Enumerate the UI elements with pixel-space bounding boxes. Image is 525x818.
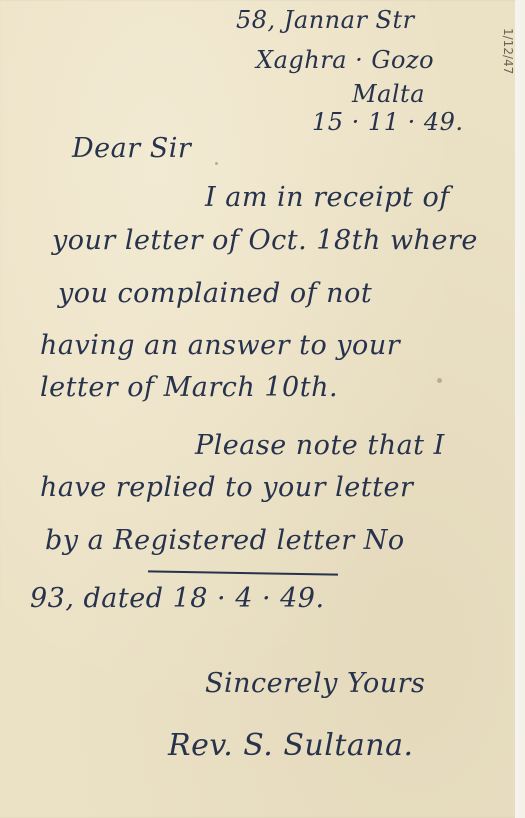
- body-line: I am in receipt of: [205, 182, 450, 213]
- address-line-2: Xaghra · Gozo: [256, 46, 434, 74]
- body-line: Please note that I: [195, 430, 445, 461]
- registered-underline: [148, 570, 338, 575]
- address-line-3: Malta: [352, 80, 425, 108]
- address-line-1: 58, Jannar Str: [236, 6, 415, 34]
- body-line: by a Registered letter No: [45, 525, 405, 556]
- closing: Sincerely Yours: [205, 668, 425, 699]
- signature: Rev. S. Sultana.: [168, 728, 414, 763]
- paper-spot: [437, 378, 442, 383]
- letter-date: 15 · 11 · 49.: [312, 108, 464, 136]
- body-line: your letter of Oct. 18th where: [52, 225, 478, 256]
- card-edge: [515, 0, 520, 818]
- body-line: you complained of not: [58, 278, 372, 309]
- salutation: Dear Sir: [72, 133, 191, 164]
- body-line: have replied to your letter: [40, 472, 413, 503]
- body-line: letter of March 10th.: [40, 372, 338, 403]
- body-line: 93, dated 18 · 4 · 49.: [30, 583, 325, 614]
- body-line: having an answer to your: [40, 330, 400, 361]
- margin-note: 1/12/47: [501, 28, 515, 74]
- letter-card: 58, Jannar Str Xaghra · Gozo Malta 15 · …: [0, 0, 520, 818]
- paper-spot: [215, 162, 218, 165]
